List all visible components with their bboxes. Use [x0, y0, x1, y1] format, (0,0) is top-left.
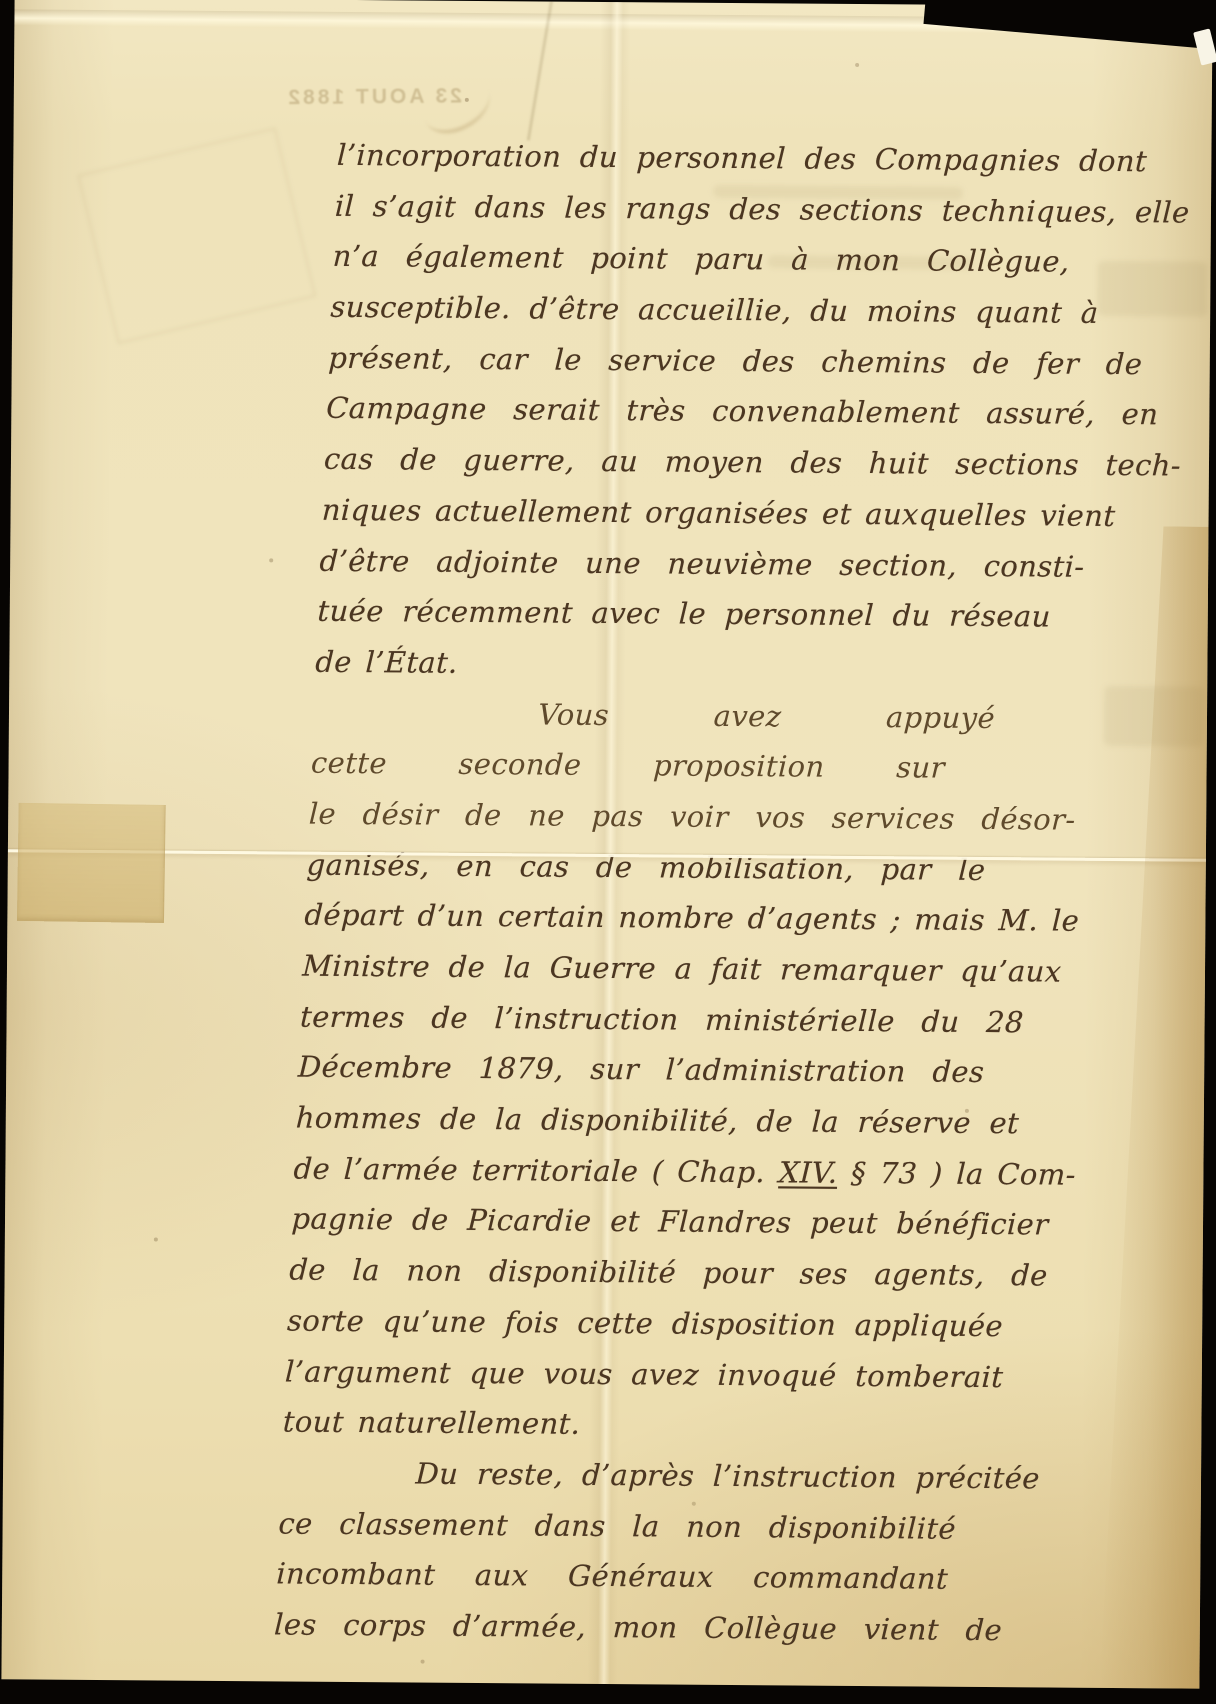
tape-repair-patch — [17, 803, 166, 923]
handwritten-line: l’argument que vous avez invoqué tombera… — [284, 1346, 1126, 1403]
handwritten-line: tout naturellement. — [282, 1397, 1124, 1454]
handwritten-line: hommes de la disponibilité, de la réserv… — [295, 1093, 1137, 1150]
handwritten-line: sorte qu’une fois cette disposition appl… — [286, 1295, 1128, 1352]
handwritten-line: le désir de ne pas voir vos services dés… — [308, 789, 1150, 846]
handwritten-line: d’être adjointe une neuvième section, co… — [319, 535, 1161, 592]
handwritten-line: cas de guerre, au moyen des huit section… — [323, 434, 1165, 491]
handwritten-line: Campagne serait très convenablement assu… — [325, 383, 1167, 440]
handwritten-line: Vous avez appuyé — [312, 687, 1154, 744]
handwritten-line: incombant aux Généraux commandant — [275, 1549, 1117, 1606]
chapter-reference: XIV. — [778, 1155, 838, 1189]
handwritten-line: présent, car le service des chemins de f… — [327, 333, 1169, 390]
handwritten-line: niques actuellement organisées et auxque… — [321, 485, 1163, 542]
handwritten-line: ce classement dans la non disponibilité — [277, 1498, 1119, 1555]
handwritten-line: de l’État. — [314, 637, 1156, 694]
handwritten-line: termes de l’instruction ministérielle du… — [299, 991, 1141, 1048]
handwritten-line: tuée récemment avec le personnel du rése… — [316, 586, 1158, 643]
handwritten-line: les corps d’armée, mon Collègue vient de — [273, 1599, 1115, 1656]
handwritten-line: ganisés, en cas de mobilisation, par le — [306, 839, 1148, 896]
handwritten-line: de l’armée territoriale ( Chap. XIV. § 7… — [293, 1143, 1135, 1200]
handwritten-line: l’incorporation du personnel des Compagn… — [336, 130, 1178, 187]
handwritten-line: cette seconde proposition sur — [310, 738, 1152, 795]
line-segment: § 73 ) la Com- — [837, 1156, 1077, 1192]
handwritten-line: il s’agit dans les rangs des sections te… — [334, 181, 1176, 238]
letter-page: 23 AOUT 1882 l’incorporation du personne… — [1, 0, 1212, 1689]
handwritten-line: de la non disponibilité pour ses agents,… — [288, 1245, 1130, 1302]
line-segment: de l’armée territoriale ( Chap. — [293, 1151, 780, 1189]
handwritten-line: Décembre 1879, sur l’administration des — [297, 1042, 1139, 1099]
scanned-letter-screenshot: { "bleedthrough": { "stamp_text": "23 AO… — [0, 0, 1216, 1704]
handwritten-line: susceptible. d’être accueillie, du moins… — [329, 282, 1171, 339]
handwritten-line: Du reste, d’après l’instruction précitée — [280, 1447, 1122, 1504]
handwritten-line: pagnie de Picardie et Flandres peut béné… — [290, 1194, 1132, 1251]
handwritten-line: départ d’un certain nombre d’agents ; ma… — [303, 890, 1145, 947]
bleedthrough-stamp-outline — [77, 127, 316, 344]
handwritten-line: Ministre de la Guerre a fait remarquer q… — [301, 941, 1143, 998]
handwritten-text-block: l’incorporation du personnel des Compagn… — [273, 130, 1178, 1657]
bleedthrough-ink-mark — [416, 69, 498, 140]
handwritten-line: n’a également point paru à mon Collègue, — [332, 231, 1174, 288]
